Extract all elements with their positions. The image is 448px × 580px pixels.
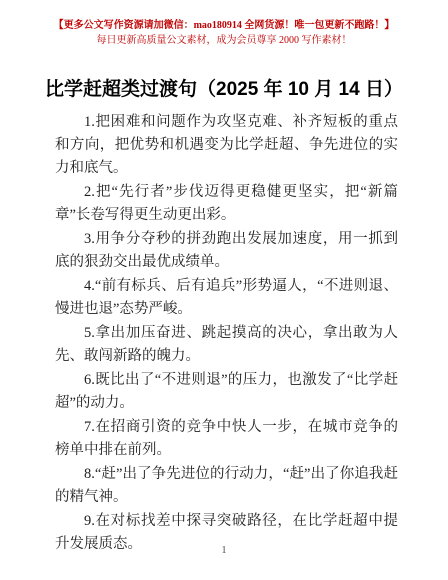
paragraph-1: 1.把困难和问题作为攻坚克难、补齐短板的重点和方向，把优势和机遇变为比学赶超、争… [55, 111, 398, 180]
paragraph-5: 5.拿出加压奋进、跳起摸高的决心，拿出敢为人先、敢闯新路的魄力。 [55, 322, 398, 368]
paragraph-6: 6.既比出了“不进则退”的压力，也激发了“比学赶超”的动力。 [55, 369, 398, 415]
promo-header: 【更多公文写作资源请加微信：mao180914 全网货源！唯一包更新不跑路！】 … [0, 0, 448, 48]
promo-header-line2: 每日更新高质量公文素材，成为会员尊享 2000 写作素材！ [0, 34, 448, 48]
promo-header-line1: 【更多公文写作资源请加微信：mao180914 全网货源！唯一包更新不跑路！】 [0, 18, 448, 33]
paragraph-3: 3.用争分夺秒的拼劲跑出发展加速度，用一抓到底的狠劲交出最优成绩单。 [55, 228, 398, 274]
paragraph-4: 4.“前有标兵、后有追兵”形势逼人，“不进则退、慢进也退”态势严峻。 [55, 275, 398, 321]
page-title: 比学赶超类过渡句（2025 年 10 月 14 日） [0, 79, 448, 101]
document-page: 【更多公文写作资源请加微信：mao180914 全网货源！唯一包更新不跑路！】 … [0, 0, 448, 580]
paragraph-8: 8.“赶”出了争先进位的行动力，“赶”出了你追我赶的精气神。 [55, 463, 398, 509]
paragraph-2: 2.把“先行者”步伐迈得更稳健更坚实，把“新篇章”长卷写得更生动更出彩。 [55, 181, 398, 227]
paragraph-7: 7.在招商引资的竞争中快人一步，在城市竞争的榜单中排在前列。 [55, 416, 398, 462]
document-body: 1.把困难和问题作为攻坚克难、补齐短板的重点和方向，把优势和机遇变为比学赶超、争… [55, 111, 398, 556]
page-number: 1 [0, 545, 448, 556]
